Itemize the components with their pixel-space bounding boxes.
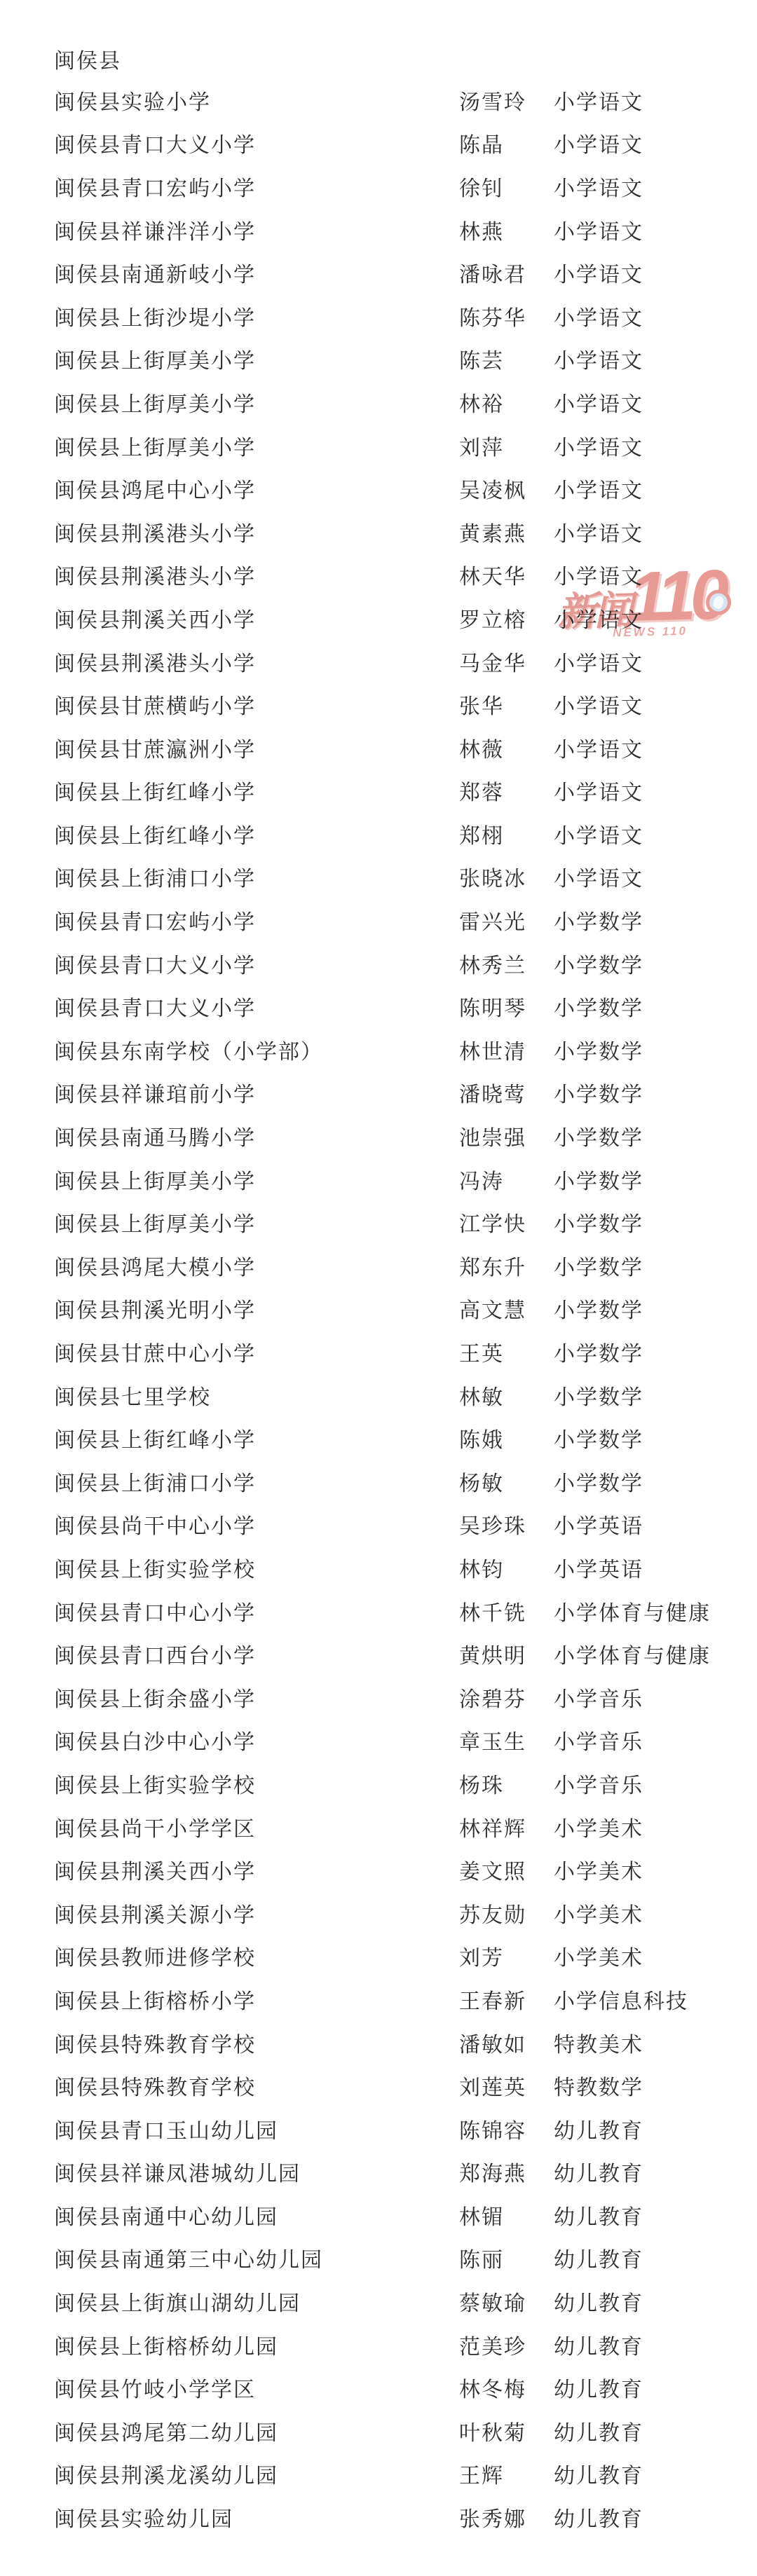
table-row: 闽侯县荆溪关西小学 罗立榕 小学语文 <box>0 596 757 640</box>
school-name: 闽侯县鸿尾中心小学 <box>54 473 256 504</box>
school-name: 闽侯县青口大义小学 <box>54 948 256 979</box>
teacher-name: 林薇 <box>459 732 504 763</box>
school-name: 闽侯县祥谦凤港城幼儿园 <box>54 2156 301 2187</box>
table-row: 闽侯县鸿尾第二幼儿园 叶秋菊 幼儿教育 <box>0 2409 757 2453</box>
table-row: 闽侯县荆溪光明小学 高文慧 小学数学 <box>0 1287 757 1331</box>
teacher-name: 陈晶 <box>459 128 504 158</box>
table-row: 闽侯县实验幼儿园 张秀娜 幼儿教育 <box>0 2495 757 2539</box>
subject-label: 小学数学 <box>554 1293 643 1324</box>
subject-label: 小学语文 <box>554 516 643 547</box>
table-row: 闽侯县上街余盛小学 涂碧芬 小学音乐 <box>0 1676 757 1719</box>
table-row: 闽侯县实验小学 汤雪玲 小学语文 <box>0 78 757 122</box>
table-row: 闽侯县上街厚美小学 冯涛 小学数学 <box>0 1158 757 1201</box>
subject-label: 小学语文 <box>554 473 643 504</box>
school-name: 闽侯县上街红峰小学 <box>54 1423 256 1453</box>
table-row: 闽侯县南通中心幼儿园 林镅 幼儿教育 <box>0 2193 757 2237</box>
teacher-name: 林敏 <box>459 1380 504 1411</box>
table-row: 闽侯县上街实验学校 林钧 小学英语 <box>0 1546 757 1589</box>
school-name: 闽侯县上街榕桥幼儿园 <box>54 2329 278 2360</box>
teacher-name: 郑栩 <box>459 818 504 849</box>
subject-label: 小学语文 <box>554 646 643 677</box>
table-row: 闽侯县青口大义小学 林秀兰 小学数学 <box>0 942 757 985</box>
teacher-name: 吴珍珠 <box>459 1509 526 1540</box>
table-row: 闽侯县上街厚美小学 刘萍 小学语文 <box>0 424 757 467</box>
teacher-name: 林祥辉 <box>459 1811 526 1842</box>
teacher-name: 林镅 <box>459 2200 504 2231</box>
table-row: 闽侯县鸿尾中心小学 吴凌枫 小学语文 <box>0 467 757 510</box>
teacher-name: 郑海燕 <box>459 2156 526 2187</box>
table-row: 闽侯县上街浦口小学 杨敏 小学数学 <box>0 1460 757 1503</box>
teacher-name: 杨敏 <box>459 1466 504 1497</box>
table-row: 闽侯县上街厚美小学 江学快 小学数学 <box>0 1200 757 1244</box>
teacher-name: 章玉生 <box>459 1725 526 1755</box>
teacher-name: 罗立榕 <box>459 603 526 633</box>
school-name: 闽侯县荆溪关西小学 <box>54 603 256 633</box>
table-row: 闽侯县青口玉山幼儿园 陈锦容 幼儿教育 <box>0 2107 757 2151</box>
school-name: 闽侯县上街实验学校 <box>54 1552 256 1583</box>
table-row: 闽侯县上街榕桥小学 王春新 小学信息科技 <box>0 1978 757 2021</box>
school-name: 闽侯县实验小学 <box>54 85 211 116</box>
teacher-name: 王辉 <box>459 2458 504 2489</box>
subject-label: 小学语文 <box>554 85 643 116</box>
teacher-name: 雷兴光 <box>459 905 526 936</box>
table-row: 闽侯县上街浦口小学 张晓冰 小学语文 <box>0 856 757 899</box>
subject-label: 小学语文 <box>554 818 643 849</box>
subject-label: 小学数学 <box>554 1077 643 1108</box>
subject-label: 小学数学 <box>554 1380 643 1411</box>
subject-label: 小学数学 <box>554 1336 643 1367</box>
table-row: 闽侯县甘蔗瀛洲小学 林薇 小学语文 <box>0 726 757 769</box>
table-row: 闽侯县教师进修学校 刘芳 小学美术 <box>0 1935 757 1978</box>
subject-label: 小学美术 <box>554 1854 643 1885</box>
teacher-name: 范美珍 <box>459 2329 526 2360</box>
school-name: 闽侯县青口大义小学 <box>54 991 256 1022</box>
subject-label: 小学美术 <box>554 1898 643 1928</box>
teacher-name: 涂碧芬 <box>459 1682 526 1713</box>
table-row: 闽侯县青口大义小学 陈晶 小学语文 <box>0 122 757 165</box>
teacher-name: 汤雪玲 <box>459 85 526 116</box>
school-name: 闽侯县青口宏屿小学 <box>54 171 256 202</box>
table-row: 闽侯县南通第三中心幼儿园 陈丽 幼儿教育 <box>0 2237 757 2280</box>
teacher-name: 吴凌枫 <box>459 473 526 504</box>
table-row: 闽侯县南通新岐小学 潘咏君 小学语文 <box>0 251 757 294</box>
school-name: 闽侯县甘蔗中心小学 <box>54 1336 256 1367</box>
table-row: 闽侯县青口西台小学 黄烘明 小学体育与健康 <box>0 1632 757 1676</box>
school-name: 闽侯县南通马腾小学 <box>54 1121 256 1151</box>
subject-label: 小学数学 <box>554 1250 643 1281</box>
teacher-name: 陈芬华 <box>459 301 526 331</box>
school-name: 闽侯县尚干小学学区 <box>54 1811 256 1842</box>
teacher-name: 姜文照 <box>459 1854 526 1885</box>
subject-label: 小学数学 <box>554 1034 643 1065</box>
school-name: 闽侯县青口宏屿小学 <box>54 905 256 936</box>
teacher-name: 徐钊 <box>459 171 504 202</box>
subject-label: 小学音乐 <box>554 1768 643 1799</box>
subject-label: 小学语文 <box>554 171 643 202</box>
school-name: 闽侯县青口西台小学 <box>54 1638 256 1669</box>
subject-label: 小学语文 <box>554 559 643 590</box>
school-name: 闽侯县七里学校 <box>54 1380 211 1411</box>
teacher-name: 郑蓉 <box>459 775 504 806</box>
table-row: 闽侯县荆溪港头小学 黄素燕 小学语文 <box>0 510 757 554</box>
table-row: 闽侯县竹岐小学学区 林冬梅 幼儿教育 <box>0 2366 757 2409</box>
teacher-name: 高文慧 <box>459 1293 526 1324</box>
teacher-name: 林天华 <box>459 559 526 590</box>
school-name: 闽侯县上街榕桥小学 <box>54 1984 256 2015</box>
teacher-name: 蔡敏瑜 <box>459 2286 526 2317</box>
school-name: 闽侯县上街浦口小学 <box>54 861 256 892</box>
table-row: 闽侯县荆溪港头小学 林天华 小学语文 <box>0 554 757 597</box>
table-row: 闽侯县鸿尾大模小学 郑东升 小学数学 <box>0 1244 757 1287</box>
table-row: 闽侯县荆溪港头小学 马金华 小学语文 <box>0 640 757 683</box>
teacher-name: 杨珠 <box>459 1768 504 1799</box>
school-name: 闽侯县祥谦泮洋小学 <box>54 214 256 245</box>
teacher-name: 江学快 <box>459 1207 526 1238</box>
teacher-name: 刘芳 <box>459 1940 504 1971</box>
subject-label: 小学美术 <box>554 1940 643 1971</box>
table-row: 闽侯县青口宏屿小学 雷兴光 小学数学 <box>0 898 757 942</box>
table-row: 闽侯县上街红峰小学 陈娥 小学数学 <box>0 1416 757 1460</box>
subject-label: 幼儿教育 <box>554 2329 643 2360</box>
school-name: 闽侯县鸿尾第二幼儿园 <box>54 2416 278 2446</box>
school-name: 闽侯县南通新岐小学 <box>54 257 256 288</box>
teacher-name: 林燕 <box>459 214 504 245</box>
teacher-name: 林钧 <box>459 1552 504 1583</box>
school-name: 闽侯县鸿尾大模小学 <box>54 1250 256 1281</box>
teacher-name: 林冬梅 <box>459 2372 526 2403</box>
school-name: 闽侯县实验幼儿园 <box>54 2502 233 2533</box>
teacher-name: 马金华 <box>459 646 526 677</box>
table-row: 闽侯县七里学校 林敏 小学数学 <box>0 1373 757 1417</box>
subject-label: 小学数学 <box>554 905 643 936</box>
subject-label: 小学语文 <box>554 301 643 331</box>
subject-label: 小学体育与健康 <box>554 1596 711 1626</box>
teacher-name: 林千铣 <box>459 1596 526 1626</box>
teacher-name: 林裕 <box>459 387 504 418</box>
subject-label: 小学语文 <box>554 387 643 418</box>
table-row: 闽侯县甘蔗横屿小学 张华 小学语文 <box>0 683 757 726</box>
teacher-name: 潘敏如 <box>459 2027 526 2058</box>
school-name: 闽侯县荆溪港头小学 <box>54 646 256 677</box>
school-name: 闽侯县白沙中心小学 <box>54 1725 256 1755</box>
school-name: 闽侯县荆溪关源小学 <box>54 1898 256 1928</box>
school-name: 闽侯县上街厚美小学 <box>54 430 256 461</box>
subject-label: 特教数学 <box>554 2070 643 2101</box>
school-name: 闽侯县青口大义小学 <box>54 128 256 158</box>
teacher-name: 林秀兰 <box>459 948 526 979</box>
table-row: 闽侯县青口宏屿小学 徐钊 小学语文 <box>0 165 757 208</box>
school-name: 闽侯县荆溪港头小学 <box>54 559 256 590</box>
teacher-name: 郑东升 <box>459 1250 526 1281</box>
school-name: 闽侯县荆溪关西小学 <box>54 1854 256 1885</box>
teacher-name: 苏友勋 <box>459 1898 526 1928</box>
subject-label: 小学音乐 <box>554 1725 643 1755</box>
subject-label: 小学语文 <box>554 214 643 245</box>
school-name: 闽侯县上街厚美小学 <box>54 1164 256 1195</box>
teacher-name: 陈明琴 <box>459 991 526 1022</box>
subject-label: 小学语文 <box>554 603 643 633</box>
table-row: 闽侯县荆溪龙溪幼儿园 王辉 幼儿教育 <box>0 2453 757 2496</box>
subject-label: 小学语文 <box>554 775 643 806</box>
subject-label: 幼儿教育 <box>554 2200 643 2231</box>
subject-label: 小学英语 <box>554 1552 643 1583</box>
subject-label: 小学语文 <box>554 861 643 892</box>
subject-label: 幼儿教育 <box>554 2286 643 2317</box>
school-name: 闽侯县上街余盛小学 <box>54 1682 256 1713</box>
school-name: 闽侯县荆溪港头小学 <box>54 516 256 547</box>
table-row: 闽侯县甘蔗中心小学 王英 小学数学 <box>0 1330 757 1373</box>
teacher-name: 林世清 <box>459 1034 526 1065</box>
school-name: 闽侯县甘蔗横屿小学 <box>54 689 256 720</box>
table-row: 闽侯县祥谦泮洋小学 林燕 小学语文 <box>0 208 757 252</box>
subject-label: 幼儿教育 <box>554 2242 643 2273</box>
table-row: 闽侯县上街旗山湖幼儿园 蔡敏瑜 幼儿教育 <box>0 2280 757 2323</box>
school-name: 闽侯县上街实验学校 <box>54 1768 256 1799</box>
subject-label: 小学语文 <box>554 732 643 763</box>
subject-label: 小学体育与健康 <box>554 1638 711 1669</box>
table-row: 闽侯县白沙中心小学 章玉生 小学音乐 <box>0 1719 757 1762</box>
school-name: 闽侯县特殊教育学校 <box>54 2027 256 2058</box>
subject-label: 小学语文 <box>554 689 643 720</box>
teacher-name: 冯涛 <box>459 1164 504 1195</box>
subject-label: 小学音乐 <box>554 1682 643 1713</box>
table-row: 闽侯县荆溪关西小学 姜文照 小学美术 <box>0 1848 757 1891</box>
school-name: 闽侯县尚干中心小学 <box>54 1509 256 1540</box>
teacher-name: 刘莲英 <box>459 2070 526 2101</box>
teacher-name: 叶秋菊 <box>459 2416 526 2446</box>
subject-label: 小学语文 <box>554 430 643 461</box>
table-row: 闽侯县尚干中心小学 吴珍珠 小学英语 <box>0 1503 757 1547</box>
teacher-name: 陈芸 <box>459 343 504 374</box>
teacher-name: 池崇强 <box>459 1121 526 1151</box>
teacher-name: 陈锦容 <box>459 2113 526 2144</box>
subject-label: 幼儿教育 <box>554 2416 643 2446</box>
school-name: 闽侯县祥谦琯前小学 <box>54 1077 256 1108</box>
table-row: 闽侯县青口中心小学 林千铣 小学体育与健康 <box>0 1589 757 1633</box>
teacher-name: 陈娥 <box>459 1423 504 1453</box>
teacher-list-page: 新闻 110 NEWS 110 闽侯县 闽侯县实验小学 汤雪玲 小学语文 闽侯县… <box>0 0 757 2576</box>
school-name: 闽侯县上街旗山湖幼儿园 <box>54 2286 301 2317</box>
school-name: 闽侯县青口中心小学 <box>54 1596 256 1626</box>
table-row: 闽侯县特殊教育学校 潘敏如 特教美术 <box>0 2021 757 2064</box>
table-row: 闽侯县南通马腾小学 池崇强 小学数学 <box>0 1114 757 1158</box>
school-name: 闽侯县特殊教育学校 <box>54 2070 256 2101</box>
subject-label: 幼儿教育 <box>554 2458 643 2489</box>
school-name: 闽侯县东南学校（小学部） <box>54 1034 323 1065</box>
table-row: 闽侯县上街沙堤小学 陈芬华 小学语文 <box>0 294 757 338</box>
school-name: 闽侯县上街沙堤小学 <box>54 301 256 331</box>
table-row: 闽侯县特殊教育学校 刘莲英 特教数学 <box>0 2064 757 2107</box>
teacher-name: 陈丽 <box>459 2242 504 2273</box>
subject-label: 小学语文 <box>554 343 643 374</box>
table-row: 闽侯县东南学校（小学部） 林世清 小学数学 <box>0 1028 757 1071</box>
school-name: 闽侯县甘蔗瀛洲小学 <box>54 732 256 763</box>
subject-label: 小学数学 <box>554 1164 643 1195</box>
school-name: 闽侯县荆溪光明小学 <box>54 1293 256 1324</box>
school-name: 闽侯县竹岐小学学区 <box>54 2372 256 2403</box>
table-row: 闽侯县上街厚美小学 陈芸 小学语文 <box>0 338 757 381</box>
subject-label: 小学数学 <box>554 1207 643 1238</box>
subject-label: 小学数学 <box>554 1121 643 1151</box>
subject-label: 小学美术 <box>554 1811 643 1842</box>
table-row: 闽侯县祥谦凤港城幼儿园 郑海燕 幼儿教育 <box>0 2151 757 2194</box>
school-name: 闽侯县上街红峰小学 <box>54 818 256 849</box>
subject-label: 小学数学 <box>554 948 643 979</box>
table-row: 闽侯县祥谦琯前小学 潘晓莺 小学数学 <box>0 1071 757 1115</box>
teacher-table: 闽侯县实验小学 汤雪玲 小学语文 闽侯县青口大义小学 陈晶 小学语文 闽侯县青口… <box>0 78 757 2539</box>
subject-label: 小学语文 <box>554 128 643 158</box>
school-name: 闽侯县荆溪龙溪幼儿园 <box>54 2458 278 2489</box>
subject-label: 小学语文 <box>554 257 643 288</box>
table-row: 闽侯县尚干小学学区 林祥辉 小学美术 <box>0 1805 757 1849</box>
teacher-name: 王春新 <box>459 1984 526 2015</box>
teacher-name: 王英 <box>459 1336 504 1367</box>
teacher-name: 黄素燕 <box>459 516 526 547</box>
subject-label: 小学数学 <box>554 991 643 1022</box>
county-header: 闽侯县 <box>54 43 121 74</box>
teacher-name: 黄烘明 <box>459 1638 526 1669</box>
school-name: 闽侯县南通中心幼儿园 <box>54 2200 278 2231</box>
teacher-name: 张华 <box>459 689 504 720</box>
teacher-name: 张秀娜 <box>459 2502 526 2533</box>
subject-label: 特教美术 <box>554 2027 643 2058</box>
teacher-name: 张晓冰 <box>459 861 526 892</box>
school-name: 闽侯县上街红峰小学 <box>54 775 256 806</box>
school-name: 闽侯县上街浦口小学 <box>54 1466 256 1497</box>
subject-label: 小学英语 <box>554 1509 643 1540</box>
table-row: 闽侯县荆溪关源小学 苏友勋 小学美术 <box>0 1891 757 1935</box>
school-name: 闽侯县青口玉山幼儿园 <box>54 2113 278 2144</box>
subject-label: 幼儿教育 <box>554 2502 643 2533</box>
school-name: 闽侯县上街厚美小学 <box>54 387 256 418</box>
school-name: 闽侯县上街厚美小学 <box>54 1207 256 1238</box>
subject-label: 小学数学 <box>554 1466 643 1497</box>
subject-label: 幼儿教育 <box>554 2372 643 2403</box>
table-row: 闽侯县上街实验学校 杨珠 小学音乐 <box>0 1762 757 1805</box>
table-row: 闽侯县上街厚美小学 林裕 小学语文 <box>0 381 757 424</box>
subject-label: 幼儿教育 <box>554 2113 643 2144</box>
subject-label: 小学信息科技 <box>554 1984 688 2015</box>
teacher-name: 潘咏君 <box>459 257 526 288</box>
table-row: 闽侯县上街红峰小学 郑蓉 小学语文 <box>0 769 757 813</box>
table-row: 闽侯县上街榕桥幼儿园 范美珍 幼儿教育 <box>0 2323 757 2366</box>
school-name: 闽侯县上街厚美小学 <box>54 343 256 374</box>
school-name: 闽侯县教师进修学校 <box>54 1940 256 1971</box>
subject-label: 小学数学 <box>554 1423 643 1453</box>
school-name: 闽侯县南通第三中心幼儿园 <box>54 2242 323 2273</box>
subject-label: 幼儿教育 <box>554 2156 643 2187</box>
table-row: 闽侯县青口大义小学 陈明琴 小学数学 <box>0 985 757 1028</box>
teacher-name: 潘晓莺 <box>459 1077 526 1108</box>
table-row: 闽侯县上街红峰小学 郑栩 小学语文 <box>0 812 757 856</box>
teacher-name: 刘萍 <box>459 430 504 461</box>
